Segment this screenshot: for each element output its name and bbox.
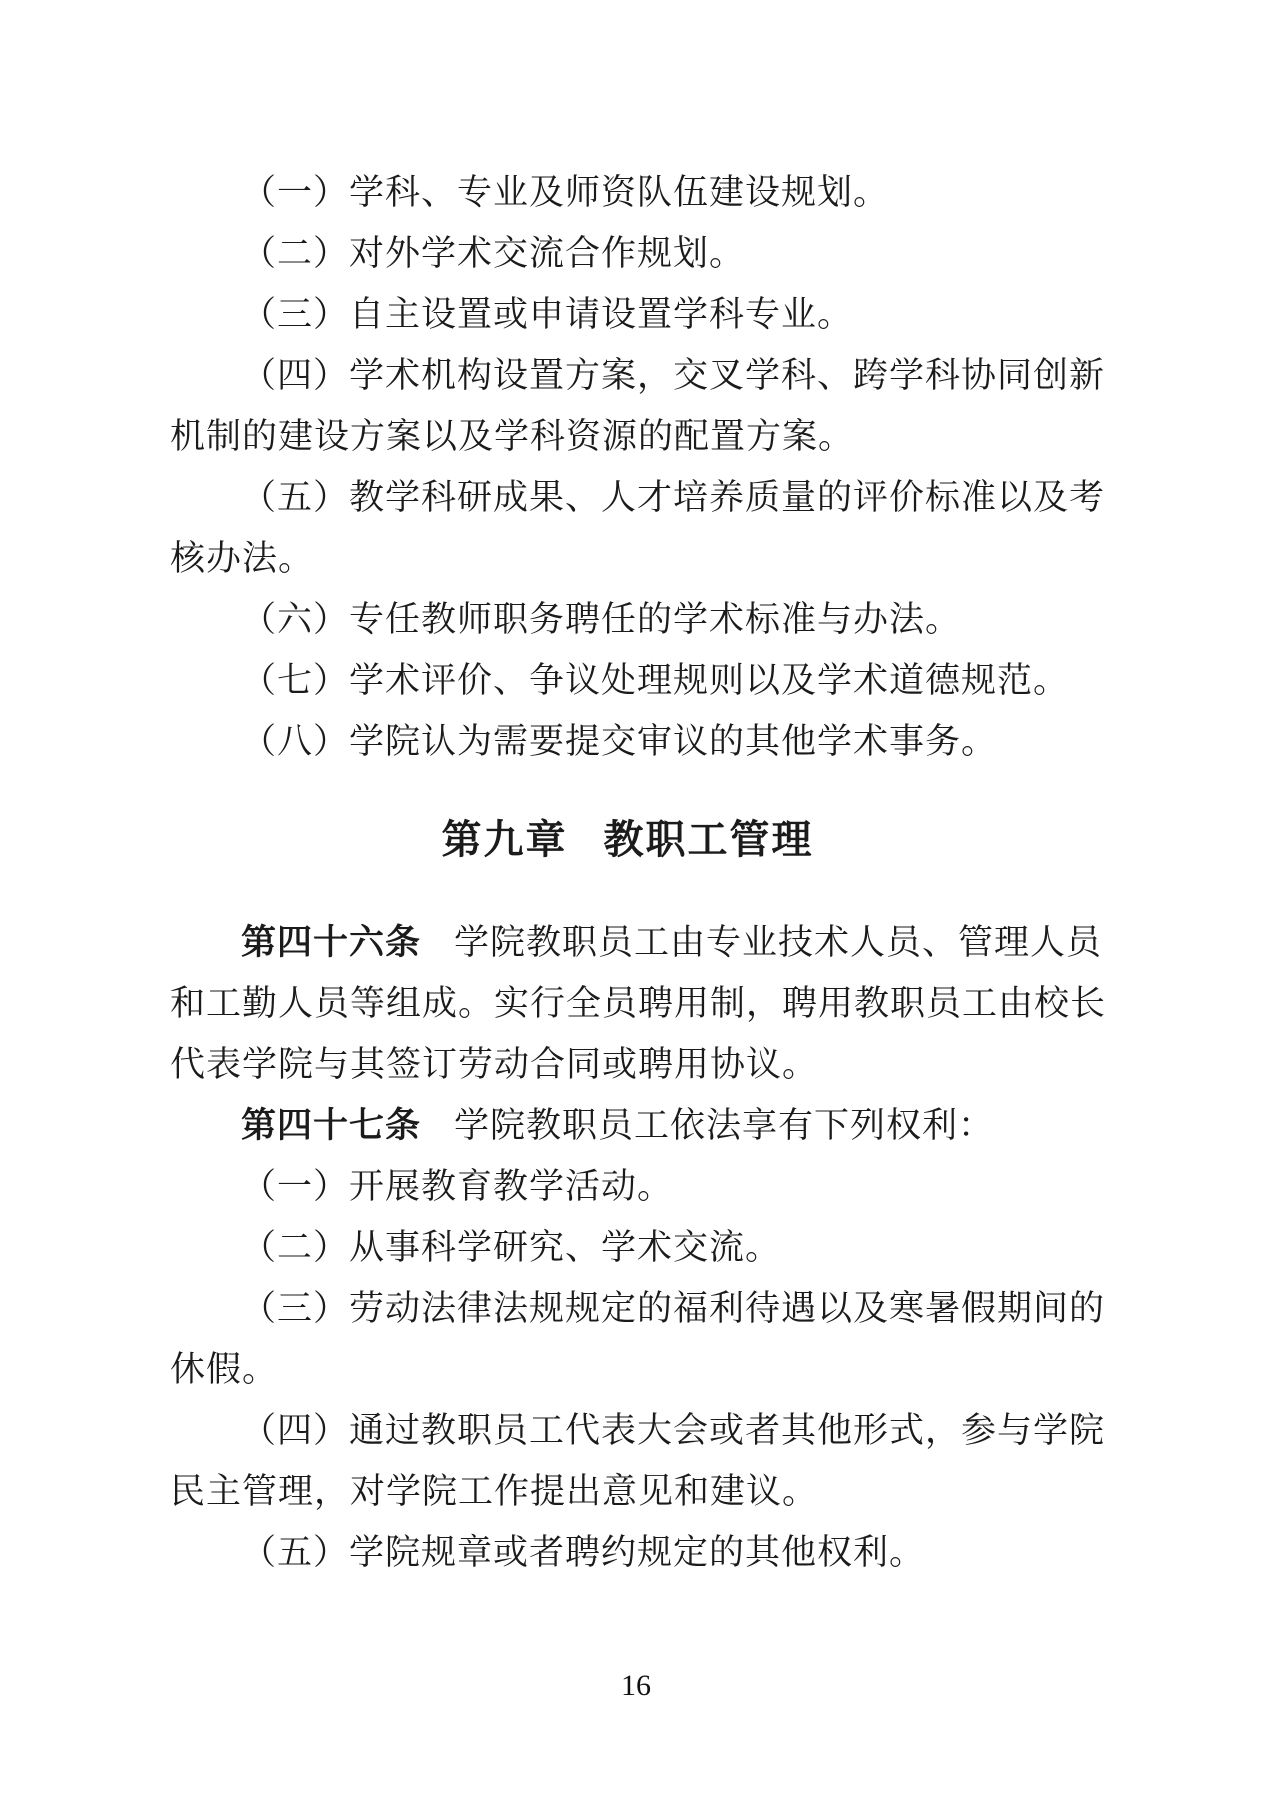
page-number: 16 — [0, 1666, 1272, 1706]
clause-line-1: （一）学科、专业及师资队伍建设规划。 — [170, 162, 1085, 223]
chapter-title: 教职工管理 — [604, 817, 814, 862]
article-46-text: 学院教职员工由专业技术人员、管理人员 — [454, 923, 1102, 962]
clause-line-4-continuation: 机制的建设方案以及学科资源的配置方案。 — [170, 406, 1085, 467]
clause-line-4: （四）学术机构设置方案，交叉学科、跨学科协同创新 — [170, 345, 1085, 406]
clause-line-6: （六）专任教师职务聘任的学术标准与办法。 — [170, 589, 1085, 650]
right-item-4: （四）通过教职员工代表大会或者其他形式，参与学院 — [170, 1400, 1085, 1461]
article-46-line-3: 代表学院与其签订劳动合同或聘用协议。 — [170, 1034, 1085, 1095]
clause-line-3: （三）自主设置或申请设置学科专业。 — [170, 284, 1085, 345]
right-item-2: （二）从事科学研究、学术交流。 — [170, 1217, 1085, 1278]
article-47-number: 第四十七条 — [241, 1106, 421, 1145]
article-47-line-1: 第四十七条学院教职员工依法享有下列权利： — [170, 1095, 1085, 1156]
chapter-heading: 第九章教职工管理 — [170, 809, 1085, 870]
clause-line-8: （八）学院认为需要提交审议的其他学术事务。 — [170, 711, 1085, 772]
right-item-3-continuation: 休假。 — [170, 1339, 1085, 1400]
clause-line-2: （二）对外学术交流合作规划。 — [170, 223, 1085, 284]
document-page: （一）学科、专业及师资队伍建设规划。 （二）对外学术交流合作规划。 （三）自主设… — [0, 0, 1272, 1800]
document-body: （一）学科、专业及师资队伍建设规划。 （二）对外学术交流合作规划。 （三）自主设… — [170, 162, 1085, 1583]
right-item-4-continuation: 民主管理，对学院工作提出意见和建议。 — [170, 1461, 1085, 1522]
right-item-5: （五）学院规章或者聘约规定的其他权利。 — [170, 1522, 1085, 1583]
article-46-line-2: 和工勤人员等组成。实行全员聘用制，聘用教职员工由校长 — [170, 973, 1085, 1034]
article-47-text: 学院教职员工依法享有下列权利： — [454, 1106, 994, 1145]
right-item-1: （一）开展教育教学活动。 — [170, 1156, 1085, 1217]
clause-line-5-continuation: 核办法。 — [170, 528, 1085, 589]
chapter-number: 第九章 — [442, 817, 568, 862]
article-46-number: 第四十六条 — [241, 923, 421, 962]
right-item-3: （三）劳动法律法规规定的福利待遇以及寒暑假期间的 — [170, 1278, 1085, 1339]
clause-line-5: （五）教学科研成果、人才培养质量的评价标准以及考 — [170, 467, 1085, 528]
article-46-line-1: 第四十六条学院教职员工由专业技术人员、管理人员 — [170, 912, 1085, 973]
clause-line-7: （七）学术评价、争议处理规则以及学术道德规范。 — [170, 650, 1085, 711]
